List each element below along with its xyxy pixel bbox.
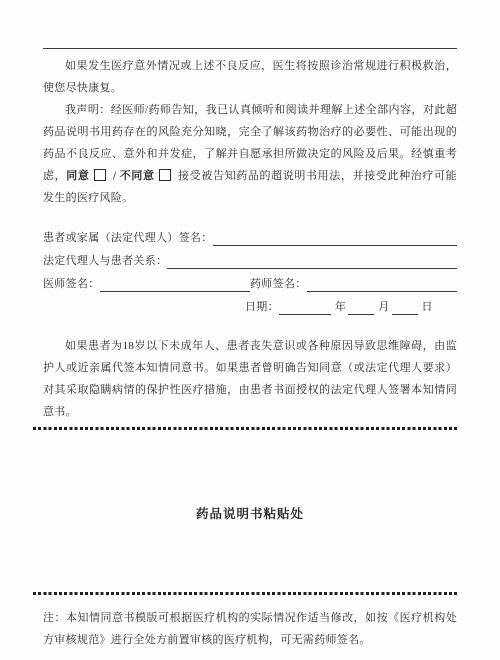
top-divider <box>43 48 457 49</box>
date-label: 日期： <box>245 298 279 315</box>
agree-checkbox[interactable] <box>94 169 106 181</box>
guardian-paragraph-text: 如果患者为18岁以下未成年人、患者丧失意识或各种原因导致思维障碍，由监护人或近亲… <box>43 340 457 418</box>
pharmacist-signature-field[interactable] <box>307 277 458 292</box>
year-field[interactable] <box>348 300 374 315</box>
agree-label: 同意 <box>66 170 89 182</box>
patient-signature-label: 患者或家属（法定代理人）签名： <box>43 229 213 246</box>
year-suffix: 年 <box>331 298 348 315</box>
relationship-row: 法定代理人与患者关系： <box>43 246 457 269</box>
physician-signature-label: 医师签名： <box>43 275 100 292</box>
disagree-checkbox[interactable] <box>159 169 171 181</box>
intro-paragraph: 如果发生医疗意外情况或上述不良反应，医生将按照诊治常规进行积极救治，使您尽快康复… <box>43 55 457 99</box>
option-separator: / <box>113 170 116 182</box>
relationship-field[interactable] <box>167 254 457 269</box>
dotted-divider-top <box>33 427 457 430</box>
signature-section: 患者或家属（法定代理人）签名： 法定代理人与患者关系： 医师签名： 药师签名： … <box>43 223 457 315</box>
dotted-divider-bottom <box>33 592 457 595</box>
month-suffix: 月 <box>374 298 391 315</box>
month-field[interactable] <box>392 300 418 315</box>
consent-form-page: 如果发生医疗意外情况或上述不良反应，医生将按照诊治常规进行积极救治，使您尽快康复… <box>0 0 500 660</box>
date-row: 日期： 年 月 日 <box>245 292 457 315</box>
intro-paragraph-text: 如果发生医疗意外情况或上述不良反应，医生将按照诊治常规进行积极救治，使您尽快康复… <box>43 60 457 94</box>
declaration-paragraph: 我声明：经医师/药师告知，我已认真倾听和阅读并理解上述全部内容，对此超药品说明书… <box>43 99 457 209</box>
disagree-label: 不同意 <box>120 170 155 182</box>
physician-pharmacist-row: 医师签名： 药师签名： <box>43 269 457 292</box>
physician-signature-field[interactable] <box>100 277 251 292</box>
relationship-label: 法定代理人与患者关系： <box>43 252 167 269</box>
paste-area-title: 药品说明书粘贴处 <box>43 504 457 522</box>
pharmacist-signature-label: 药师签名： <box>250 275 307 292</box>
patient-signature-row: 患者或家属（法定代理人）签名： <box>43 223 457 246</box>
footnote-paragraph: 注：本知情同意书模版可根据医疗机构的实际情况作适当修改，如按《医疗机构处方审核规… <box>43 607 457 651</box>
footnote-text: 注：本知情同意书模版可根据医疗机构的实际情况作适当修改，如按《医疗机构处方审核规… <box>43 612 457 646</box>
patient-signature-field[interactable] <box>213 231 458 246</box>
date-field[interactable] <box>279 300 331 315</box>
guardian-paragraph: 如果患者为18岁以下未成年人、患者丧失意识或各种原因导致思维障碍，由监护人或近亲… <box>43 335 457 423</box>
day-suffix: 日 <box>418 298 435 315</box>
